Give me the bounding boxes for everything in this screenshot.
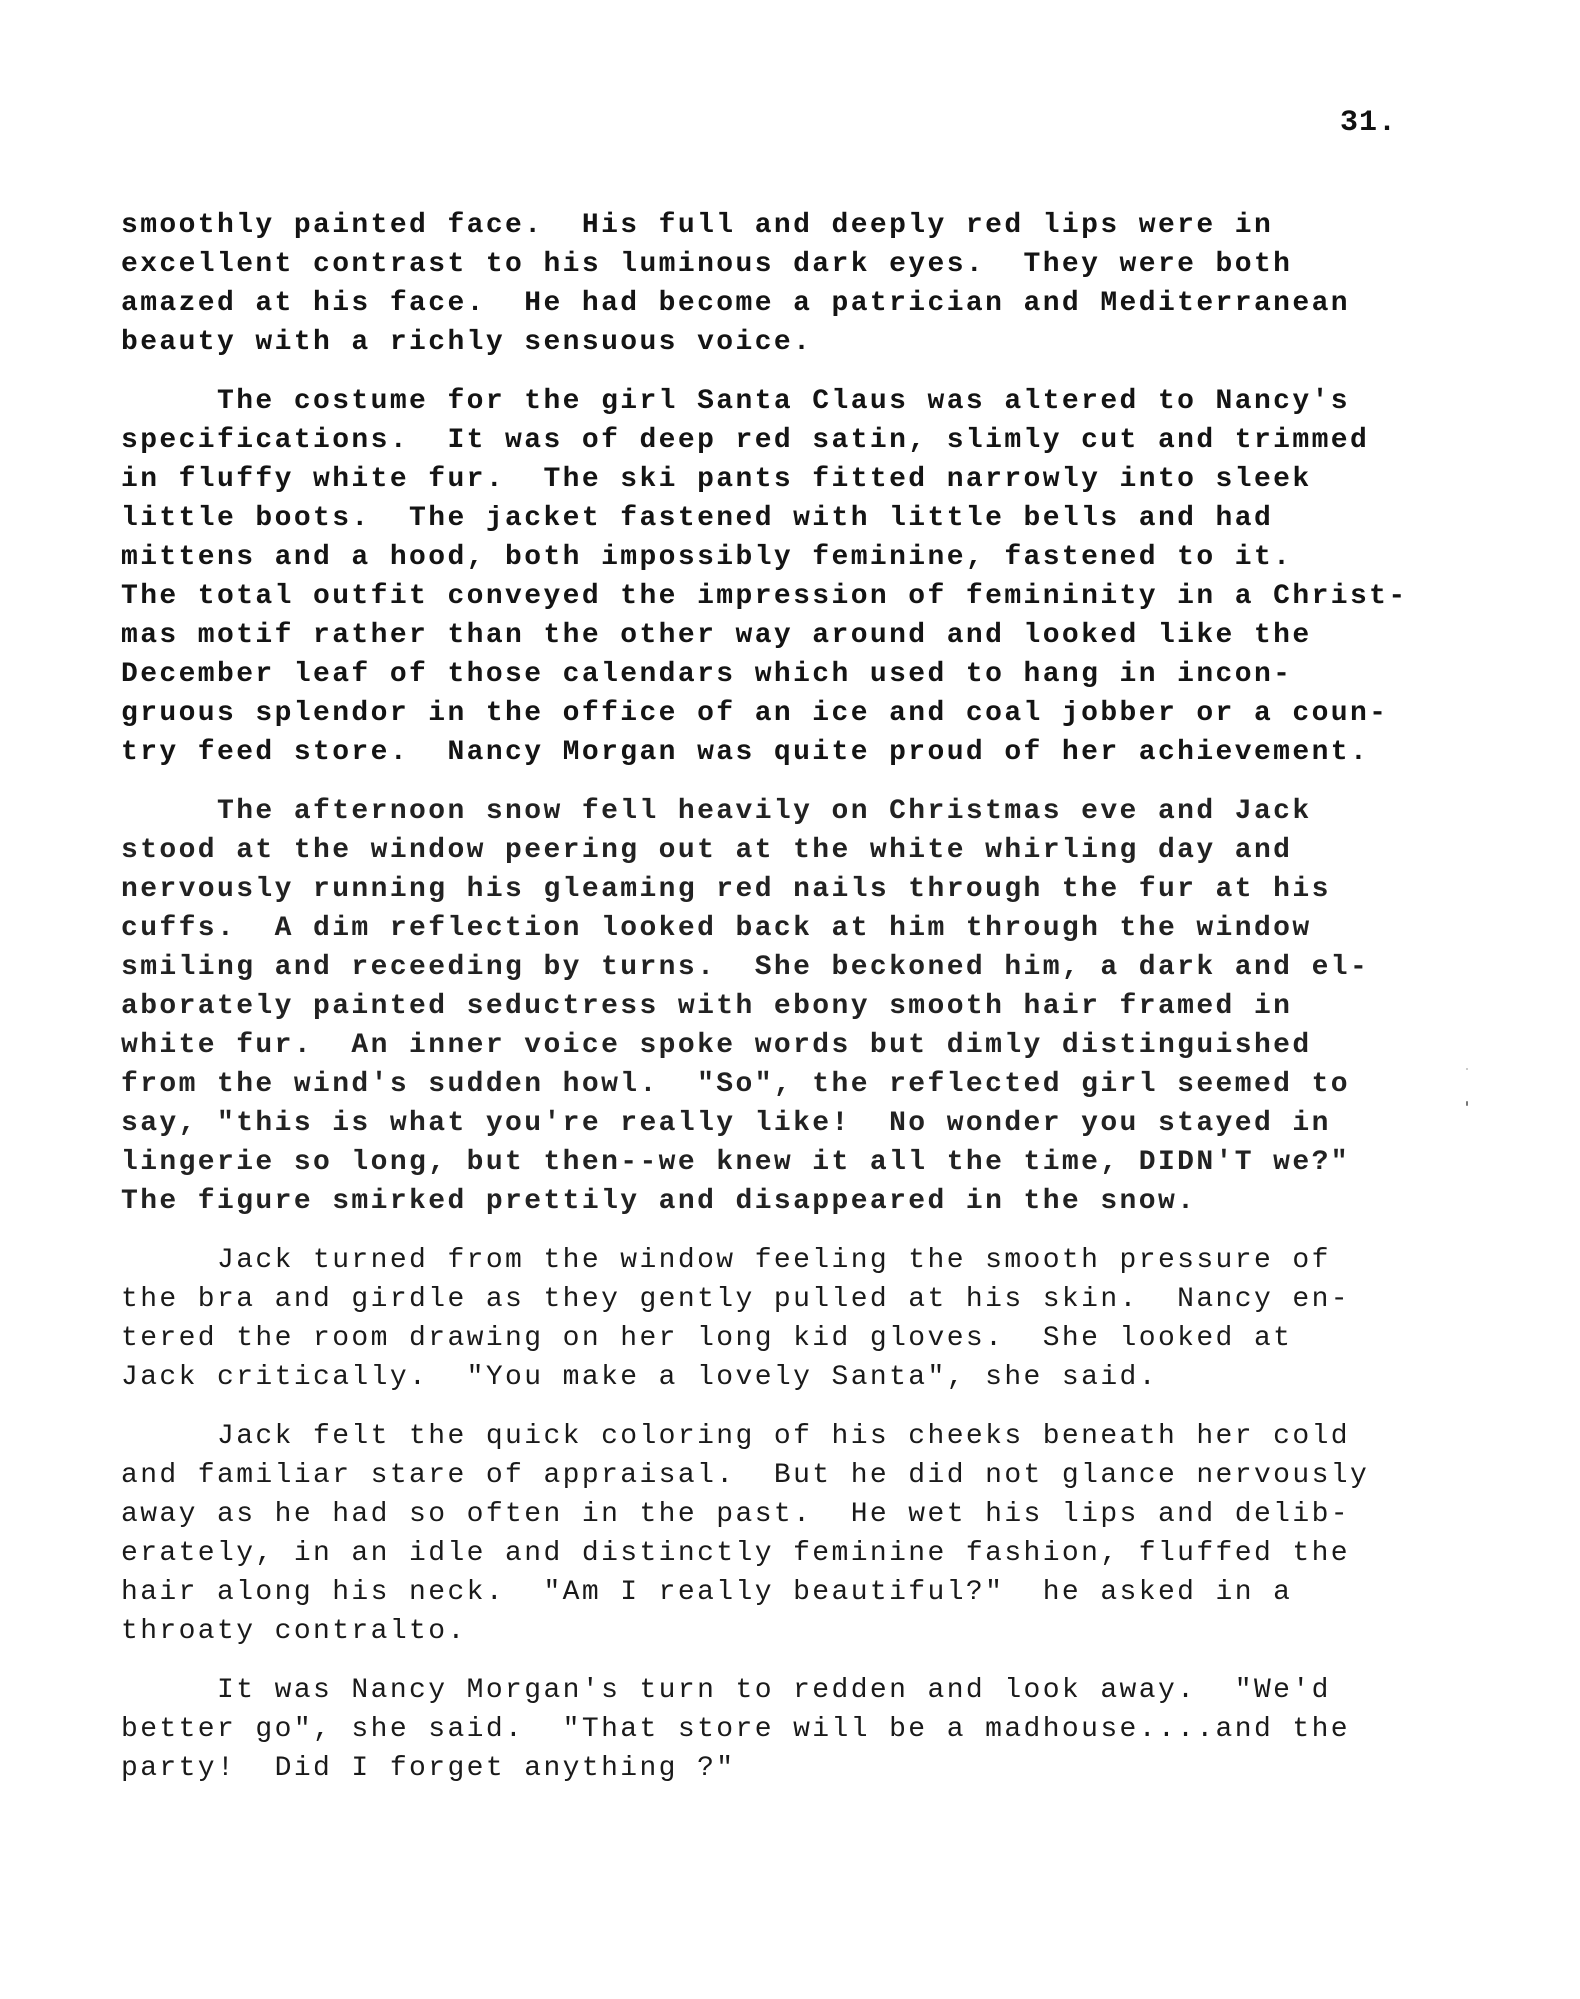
text-line: mas motif rather than the other way arou… [121, 616, 1441, 655]
text-line: It was Nancy Morgan's turn to redden and… [121, 1671, 1441, 1710]
text-line: aborately painted seductress with ebony … [121, 987, 1441, 1026]
text-line: lingerie so long, but then--we knew it a… [121, 1143, 1441, 1182]
text-line: say, "this is what you're really like! N… [121, 1104, 1441, 1143]
text-line: the bra and girdle as they gently pulled… [121, 1280, 1441, 1319]
text-line: try feed store. Nancy Morgan was quite p… [121, 733, 1441, 772]
text-line: smiling and receeding by turns. She beck… [121, 948, 1441, 987]
body-text: smoothly painted face. His full and deep… [121, 206, 1441, 1808]
text-line: from the wind's sudden howl. "So", the r… [121, 1065, 1441, 1104]
text-line: stood at the window peering out at the w… [121, 831, 1441, 870]
paragraph-6: It was Nancy Morgan's turn to redden and… [121, 1671, 1441, 1788]
text-line: white fur. An inner voice spoke words bu… [121, 1026, 1441, 1065]
text-line: throaty contralto. [121, 1612, 1441, 1651]
text-line: The total outfit conveyed the impression… [121, 577, 1441, 616]
text-line: The afternoon snow fell heavily on Chris… [121, 792, 1441, 831]
paragraph-5: Jack felt the quick coloring of his chee… [121, 1417, 1441, 1651]
scan-speck [1466, 1101, 1468, 1106]
text-line: Jack turned from the window feeling the … [121, 1241, 1441, 1280]
text-line: better go", she said. "That store will b… [121, 1710, 1441, 1749]
text-line: mittens and a hood, both impossibly femi… [121, 538, 1441, 577]
page-number: 31. [1340, 106, 1397, 140]
scan-speck [1466, 1068, 1468, 1070]
text-line: excellent contrast to his luminous dark … [121, 245, 1441, 284]
paragraph-3: The afternoon snow fell heavily on Chris… [121, 792, 1441, 1221]
paragraph-4: Jack turned from the window feeling the … [121, 1241, 1441, 1397]
text-line: gruous splendor in the office of an ice … [121, 694, 1441, 733]
text-line: in fluffy white fur. The ski pants fitte… [121, 460, 1441, 499]
paragraph-2: The costume for the girl Santa Claus was… [121, 382, 1441, 772]
typewritten-page: 31. smoothly painted face. His full and … [0, 0, 1580, 1999]
text-line: erately, in an idle and distinctly femin… [121, 1534, 1441, 1573]
text-line: cuffs. A dim reflection looked back at h… [121, 909, 1441, 948]
paragraph-1: smoothly painted face. His full and deep… [121, 206, 1441, 362]
text-line: amazed at his face. He had become a patr… [121, 284, 1441, 323]
text-line: and familiar stare of appraisal. But he … [121, 1456, 1441, 1495]
text-line: party! Did I forget anything ?" [121, 1749, 1441, 1788]
text-line: little boots. The jacket fastened with l… [121, 499, 1441, 538]
text-line: The costume for the girl Santa Claus was… [121, 382, 1441, 421]
text-line: beauty with a richly sensuous voice. [121, 323, 1441, 362]
text-line: away as he had so often in the past. He … [121, 1495, 1441, 1534]
text-line: specifications. It was of deep red satin… [121, 421, 1441, 460]
text-line: Jack critically. "You make a lovely Sant… [121, 1358, 1441, 1397]
text-line: tered the room drawing on her long kid g… [121, 1319, 1441, 1358]
text-line: smoothly painted face. His full and deep… [121, 206, 1441, 245]
text-line: nervously running his gleaming red nails… [121, 870, 1441, 909]
text-line: Jack felt the quick coloring of his chee… [121, 1417, 1441, 1456]
text-line: hair along his neck. "Am I really beauti… [121, 1573, 1441, 1612]
text-line: December leaf of those calendars which u… [121, 655, 1441, 694]
text-line: The figure smirked prettily and disappea… [121, 1182, 1441, 1221]
